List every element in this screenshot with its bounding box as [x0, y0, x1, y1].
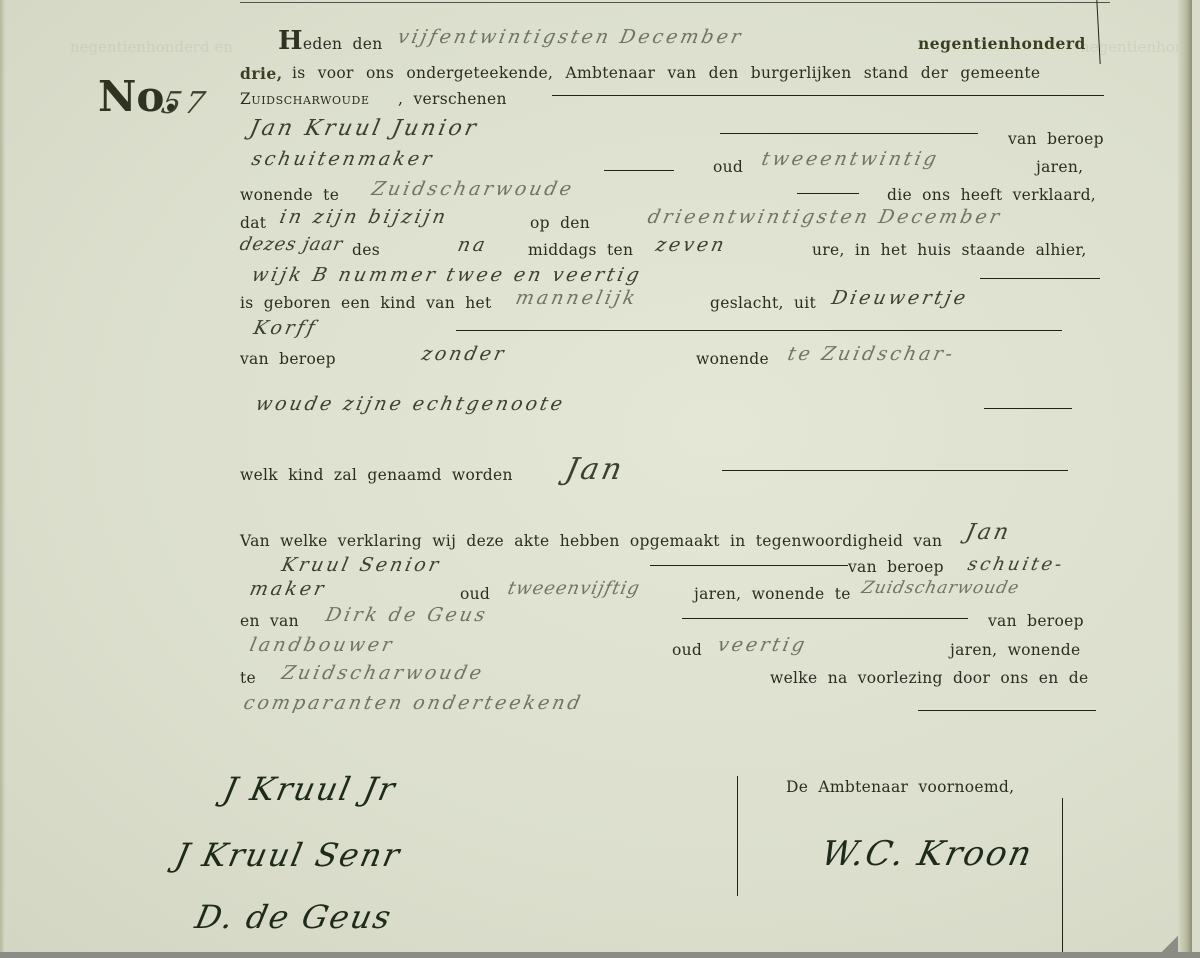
printed-wonende-te: wonende te	[240, 186, 339, 204]
printed-ure: ure, in het huis staande alhier,	[812, 241, 1087, 259]
fill-rule	[720, 133, 978, 134]
hw-witness1-occupation-2: maker	[248, 578, 329, 600]
hw-witness2-occupation: landbouwer	[248, 634, 397, 656]
printed-van-beroep: van beroep	[1008, 130, 1104, 148]
printed-drie: drie,	[240, 64, 283, 83]
printed-ambtenaar-voornoemd: De Ambtenaar voornoemd,	[786, 778, 1014, 796]
printed-oud-4: oud	[672, 641, 702, 659]
printed-van-beroep-3: van beroep	[848, 558, 944, 576]
printed-wonende-2: wonende	[696, 350, 769, 368]
hw-birth-date: drieentwintigsten December	[646, 206, 1005, 228]
hw-declarant-residence: Zuidscharwoude	[370, 178, 577, 200]
printed-oud-3: oud	[460, 585, 490, 603]
printed-gemeente: Zuidscharwoude	[240, 90, 370, 108]
printed-jaren-wonende-4: jaren, wonende	[950, 641, 1081, 659]
printed-oud: oud	[713, 158, 743, 176]
printed-middags-ten: middags ten	[528, 241, 633, 259]
hw-time-hour: zeven	[654, 234, 729, 256]
bracket-right	[1062, 798, 1063, 952]
signature-official: W.C. Kroon	[818, 834, 1037, 874]
hw-address: wijk B nummer twee en veertig	[250, 264, 644, 286]
page-corner	[1162, 922, 1192, 952]
hw-witness2-age: veertig	[716, 634, 810, 656]
fill-rule	[552, 95, 1104, 96]
hw-witness2-name: Dirk de Geus	[324, 604, 490, 626]
printed-te: te	[240, 669, 256, 687]
printed-van-beroep-2: van beroep	[240, 350, 336, 368]
signature-witness1: J Kruul Senr	[172, 836, 405, 874]
signature-declarant: J Kruul Jr	[220, 770, 400, 808]
printed-dat: dat	[240, 214, 266, 232]
hw-mother-name-2: Korff	[252, 317, 320, 339]
printed-verschenen: , verschenen	[398, 90, 507, 108]
hw-witness1-age: tweeenvijftig	[506, 578, 642, 599]
record-number: 57	[158, 86, 212, 121]
hw-declarant-name: Jan Kruul Junior	[247, 116, 481, 141]
printed-op-den: op den	[530, 214, 590, 232]
fill-rule	[722, 470, 1068, 471]
printed-voorlezing: welke na voorlezing door ons en de	[770, 669, 1088, 687]
hw-declarant-occupation: schuitenmaker	[250, 148, 437, 170]
printed-van-beroep-4: van beroep	[988, 612, 1084, 630]
binding-edge	[0, 0, 6, 952]
hw-child-name: Jan	[562, 452, 628, 487]
printed-en-van: en van	[240, 612, 299, 630]
hw-witness1-name-1: Jan	[963, 520, 1013, 545]
hw-mother-relation: woude zijne echtgenoote	[254, 393, 568, 415]
bleed-through-text: negentienhonderd	[1080, 38, 1192, 56]
bracket-left	[737, 776, 738, 896]
printed-negentienhonderd: negentienhonderd	[918, 34, 1086, 53]
hw-relationship: in zijn bijzijn	[278, 206, 451, 228]
fill-rule	[980, 278, 1100, 279]
hw-closing: comparanten onderteekend	[242, 692, 586, 714]
fill-rule	[456, 330, 1062, 331]
printed-verklaring: Van welke verklaring wij deze akte hebbe…	[240, 532, 942, 550]
fill-rule	[604, 170, 674, 171]
printed-genaamd: welk kind zal genaamd worden	[240, 466, 513, 484]
hw-time-prefix: dezes jaar	[238, 234, 345, 255]
fill-rule	[918, 710, 1096, 711]
printed-jaren-wonende-te-3: jaren, wonende te	[694, 585, 851, 603]
fill-rule	[682, 618, 968, 619]
hw-witness1-name-2: Kruul Senior	[280, 554, 444, 576]
top-rule	[240, 2, 1110, 3]
register-page: negentienhonderd en negentienhonderd No.…	[0, 0, 1192, 952]
hw-date-day: vijfentwintigsten December	[396, 26, 746, 48]
hw-witness2-residence: Zuidscharwoude	[280, 662, 487, 684]
fill-rule	[984, 408, 1072, 409]
fill-rule	[650, 565, 848, 566]
printed-geslacht-uit: geslacht, uit	[710, 294, 816, 312]
hw-mother-name-1: Dieuwertje	[830, 287, 971, 309]
printed-geboren: is geboren een kind van het	[240, 294, 492, 312]
bleed-through-text: negentienhonderd en	[70, 38, 233, 56]
hw-mother-residence: te Zuidschar-	[786, 343, 958, 365]
printed-heden: Heden den	[278, 26, 383, 56]
hw-declarant-age: tweeentwintig	[760, 148, 942, 170]
printed-verklaard: die ons heeft verklaard,	[887, 186, 1096, 204]
printed-ondergeteekende: is voor ons ondergeteekende, Ambtenaar v…	[292, 64, 1040, 82]
hw-mother-occupation: zonder	[420, 343, 509, 365]
page-bottom-edge	[0, 952, 1200, 958]
signature-witness2: D. de Geus	[192, 898, 396, 936]
hw-sex: mannelijk	[514, 287, 640, 309]
hw-witness1-residence: Zuidscharwoude	[860, 578, 1021, 598]
hw-time-ampm: na	[456, 234, 490, 256]
printed-des: des	[352, 241, 380, 259]
fill-rule	[797, 193, 859, 194]
printed-jaren: jaren,	[1036, 158, 1083, 176]
hw-witness1-occupation-1: schuite-	[966, 554, 1067, 575]
